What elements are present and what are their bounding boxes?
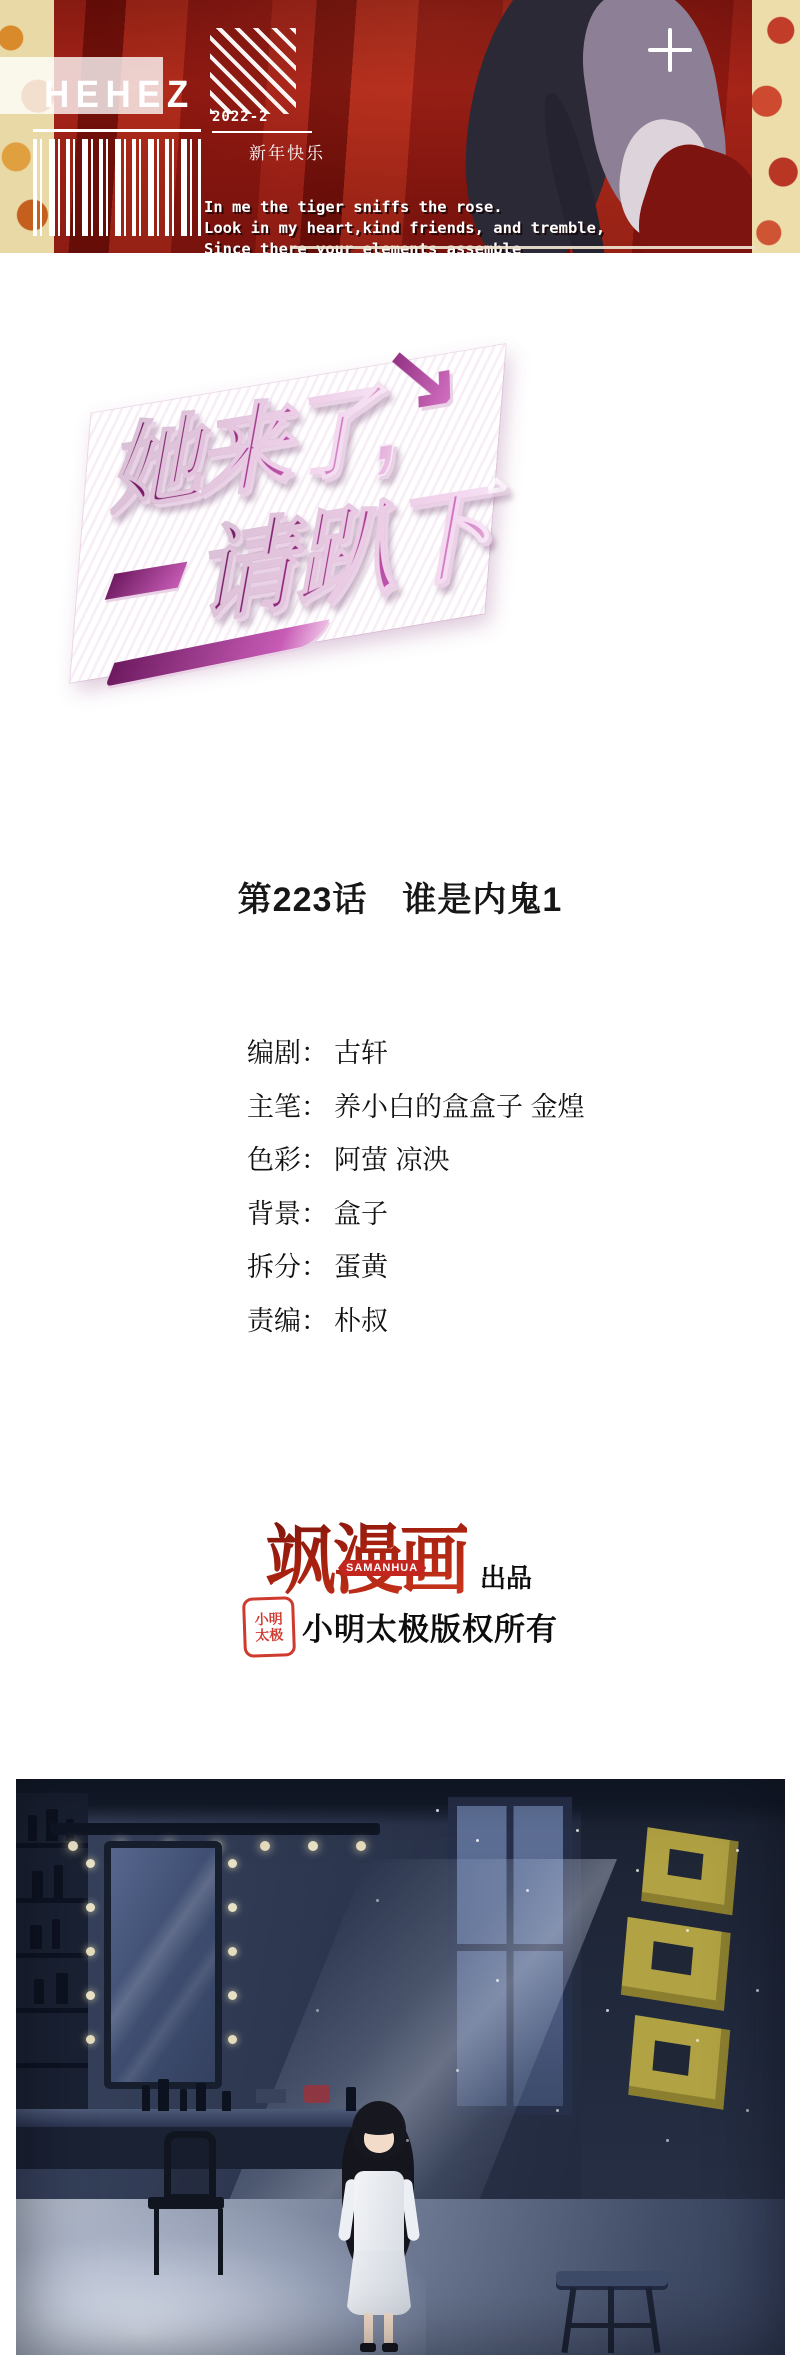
- credit-names: 盒子: [334, 1192, 388, 1231]
- credit-row-editor: 责编： 朴叔: [247, 1292, 585, 1346]
- arrow-down-right-icon: ↘: [380, 311, 462, 437]
- credit-names: 古轩: [334, 1031, 388, 1070]
- publisher-logo-latin: SAMANHUA: [338, 1560, 426, 1576]
- issue-divider: [212, 131, 312, 133]
- header-bottom-rule: [290, 246, 755, 249]
- manhua-page: HEHEZ 2022-2 新年快乐 In me the tiger sniffs…: [0, 0, 800, 2355]
- company-seal: 小明 太极: [242, 1596, 296, 1658]
- new-year-greeting: 新年快乐: [249, 139, 325, 164]
- credit-role: 背景：: [247, 1192, 328, 1231]
- panel-vignette: [16, 1779, 785, 2355]
- barcode-decor: [33, 139, 201, 236]
- chapter-title: 第223话 谁是内鬼1: [0, 872, 800, 921]
- diagonal-stripes-decor: [210, 28, 296, 114]
- seal-text-top: 小明: [254, 1610, 283, 1627]
- credit-role: 主笔：: [247, 1085, 328, 1124]
- credit-row-lead-artist: 主笔： 养小白的盒盒子 金煌: [247, 1078, 585, 1132]
- credit-names: 朴叔: [334, 1299, 388, 1338]
- credit-names: 蛋黄: [334, 1245, 388, 1284]
- seal-text-bottom: 太极: [255, 1627, 284, 1644]
- credit-names: 阿萤 凉泱: [334, 1138, 450, 1177]
- credit-role: 拆分：: [247, 1245, 328, 1284]
- publisher-logo-text: 飒漫画: [266, 1500, 467, 1609]
- poem-line-2: Look in my heart,kind friends, and tremb…: [204, 218, 605, 239]
- brand-text: HEHEZ: [44, 74, 195, 117]
- header-banner: HEHEZ 2022-2 新年快乐 In me the tiger sniffs…: [0, 0, 800, 253]
- credit-row-writer: 编剧： 古轩: [247, 1024, 585, 1078]
- sparkle-icon: [648, 28, 692, 72]
- credit-names: 养小白的盒盒子 金煌: [334, 1085, 585, 1124]
- credit-role: 责编：: [247, 1299, 328, 1338]
- credits-list: 编剧： 古轩 主笔： 养小白的盒盒子 金煌 色彩： 阿萤 凉泱 背景： 盒子 拆…: [247, 1024, 585, 1345]
- copyright-text: 小明太极版权所有: [302, 1604, 558, 1649]
- comic-panel: [16, 1779, 785, 2355]
- publisher-suffix: 出品: [480, 1558, 532, 1595]
- series-title-rotated-group: 她来了, ↘ 请趴下: [60, 333, 531, 743]
- poem-text: In me the tiger sniffs the rose. Look in…: [204, 197, 605, 253]
- series-title-logo: 她来了, ↘ 请趴下: [108, 388, 528, 733]
- brand-divider: [33, 129, 201, 132]
- credit-role: 编剧：: [247, 1031, 328, 1070]
- credit-row-background: 背景： 盒子: [247, 1185, 585, 1239]
- credit-row-colorist: 色彩： 阿萤 凉泱: [247, 1131, 585, 1185]
- publisher-logo: 飒漫画 SAMANHUA: [266, 1500, 486, 1596]
- poem-line-1: In me the tiger sniffs the rose.: [204, 197, 605, 218]
- floral-border-right: [752, 0, 800, 253]
- credit-role: 色彩：: [247, 1138, 328, 1177]
- credit-row-splitting: 拆分： 蛋黄: [247, 1238, 585, 1292]
- issue-number: 2022-2: [212, 109, 269, 125]
